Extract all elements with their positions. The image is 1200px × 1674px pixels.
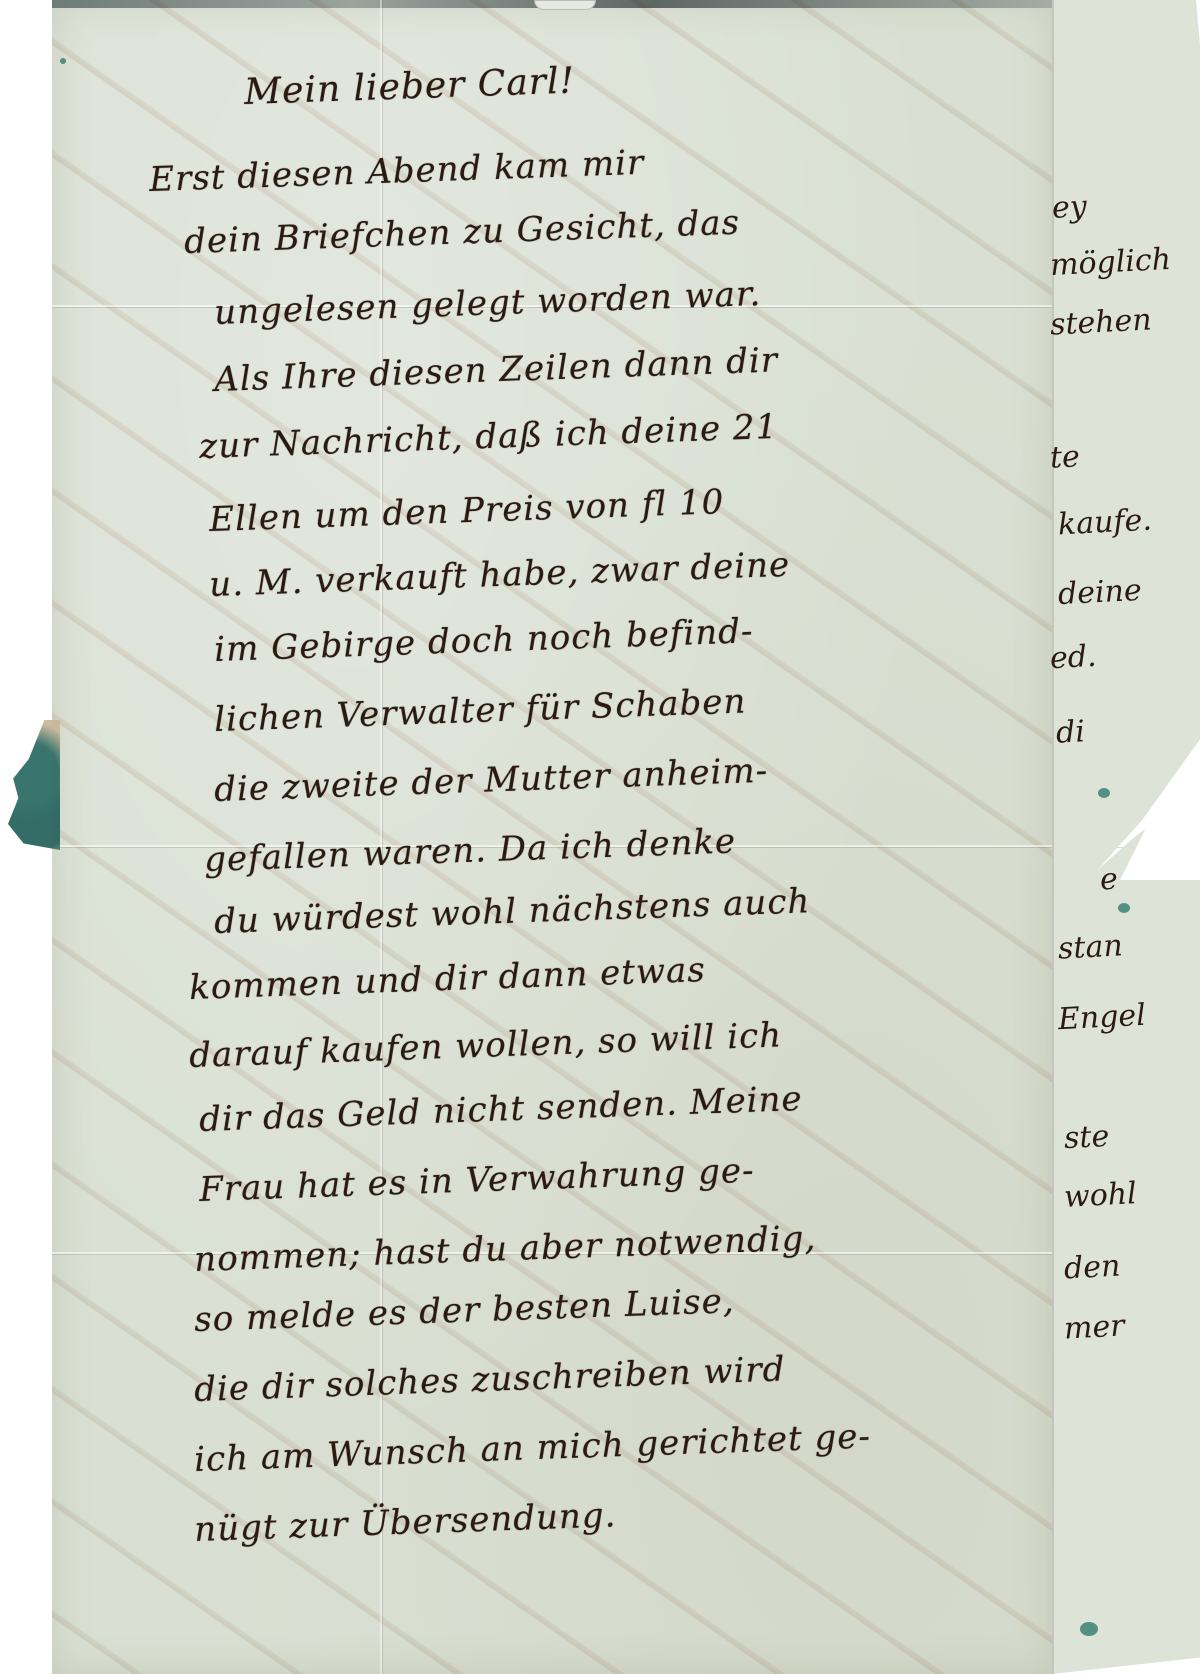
flap-fragment: den (1063, 1249, 1121, 1287)
flap-fragment: e (1099, 862, 1119, 898)
wax-seal-remnant-icon (8, 720, 60, 850)
flap-fragment: ed. (1049, 639, 1097, 676)
flap-fragment: di (1055, 714, 1086, 750)
seal-fleck-icon (1080, 1622, 1098, 1636)
seal-fleck-icon (1098, 788, 1110, 798)
seal-fleck-icon (1118, 903, 1130, 913)
flap-fragment: kaufe. (1057, 503, 1152, 543)
flap-fragment: Engel (1057, 998, 1146, 1038)
top-paper-tab (534, 0, 596, 10)
scanned-letter: Mein lieber Carl! Erst diesen Abend kam … (0, 0, 1200, 1674)
flap-fragment: möglich (1049, 242, 1172, 283)
seal-fleck-icon (60, 58, 66, 64)
flap-fragment: mer (1063, 1308, 1125, 1346)
flap-fragment: deine (1057, 573, 1142, 612)
flap-fragment: stan (1057, 928, 1123, 966)
flap-fragment: wohl (1063, 1176, 1137, 1215)
flap-fragment: stehen (1049, 302, 1152, 342)
flap-fragment: te (1049, 439, 1081, 476)
flap-fragment: ste (1063, 1119, 1110, 1156)
flap-fragment: ey (1051, 189, 1087, 226)
